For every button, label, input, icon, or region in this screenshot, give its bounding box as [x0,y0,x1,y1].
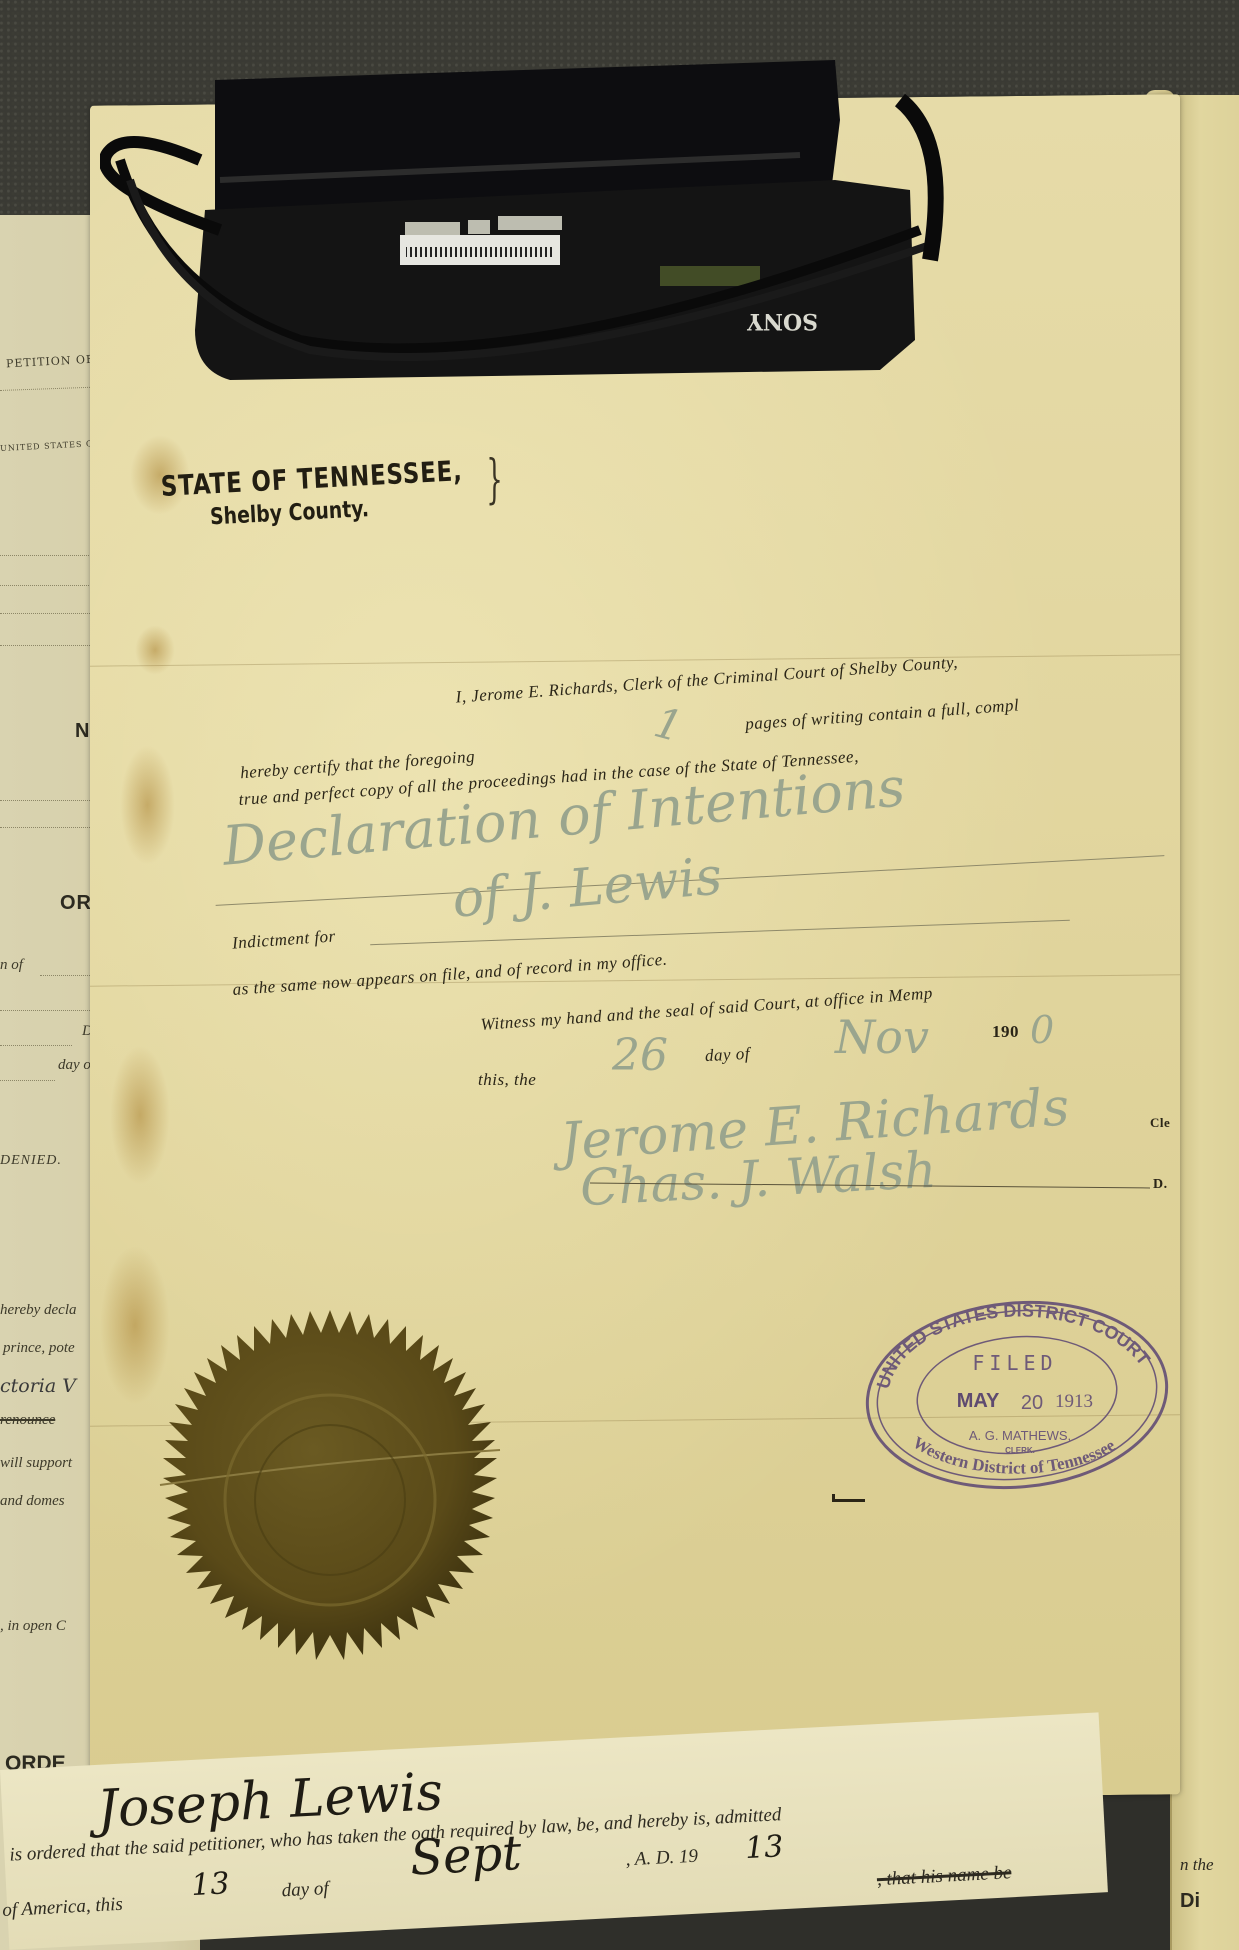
form-text: and domes [0,1493,65,1510]
barcode-icon [406,247,554,257]
sony-logo: SONY [747,308,818,334]
form-text: , in open C [0,1618,66,1635]
handwritten-year: 13 [744,1829,784,1866]
date-prefix: this, the [478,1070,536,1090]
bottom-form-struck-name: , that his name be [876,1862,1012,1891]
handwritten-date-year: 0 [1030,1008,1054,1052]
device-label [405,222,460,236]
right-page-fragment: Di [1180,1890,1200,1913]
form-text: prince, pote [3,1340,75,1357]
district-court-filed-stamp: UNITED STATES DISTRICT COURT FILED MAY 2… [860,1285,1175,1490]
stamp-filed-label: FILED [972,1351,1057,1375]
handwritten-month: Sept [409,1825,523,1887]
handwritten-date-day: 26 [612,1030,668,1081]
water-stain [135,625,175,675]
deputy-suffix: D. [1153,1177,1168,1193]
device-green-label [660,266,760,286]
handwritten-date-month: Nov [835,1010,929,1064]
brace-mark: } [486,450,503,510]
stamp-clerk-title: CLERK. [1005,1446,1035,1455]
bottom-form-day-of: day of [281,1878,329,1902]
form-petition-label: PETITION OF [6,353,95,371]
gold-court-seal-icon [140,1310,520,1690]
device-label [468,220,490,234]
dotted-rule [0,1080,55,1081]
water-stain [110,1045,170,1186]
bottom-form-ad: , A. D. 19 [625,1846,699,1872]
stamp-clerk-name: A. G. MATHEWS, [969,1428,1071,1443]
stamp-top-arc: UNITED STATES DISTRICT COURT [873,1300,1154,1390]
date-day-of: day of [705,1044,751,1066]
right-page-fragment: n the [1180,1855,1214,1875]
form-struck-text: renounce [0,1412,55,1429]
underlying-right-page: n the Di [1170,95,1239,1950]
date-year-printed: 190 [992,1022,1019,1042]
bottom-form-line-date: of America, this [2,1894,124,1922]
sony-device: SONY [100,40,1050,420]
water-stain [120,745,175,866]
stamp-date-day: 20 [1021,1392,1043,1414]
form-text: will support [0,1455,72,1472]
ink-mark [832,1494,865,1502]
svg-text:UNITED STATES DISTRICT COURT: UNITED STATES DISTRICT COURT [873,1300,1154,1390]
clerk-suffix: Cle [1150,1115,1170,1131]
dotted-rule [0,1045,72,1046]
stamp-date-year: 1913 [1055,1391,1093,1412]
form-handwriting: ctoria V [0,1375,76,1397]
form-text: n of [0,957,23,974]
form-text: hereby decla [0,1302,77,1319]
handwritten-day: 13 [190,1866,230,1903]
stamp-date-month: MAY [957,1390,1000,1412]
form-denied-label: DENIED. [0,1153,62,1169]
cable [105,142,220,230]
device-label [498,216,562,230]
fold-crease [90,654,1180,666]
